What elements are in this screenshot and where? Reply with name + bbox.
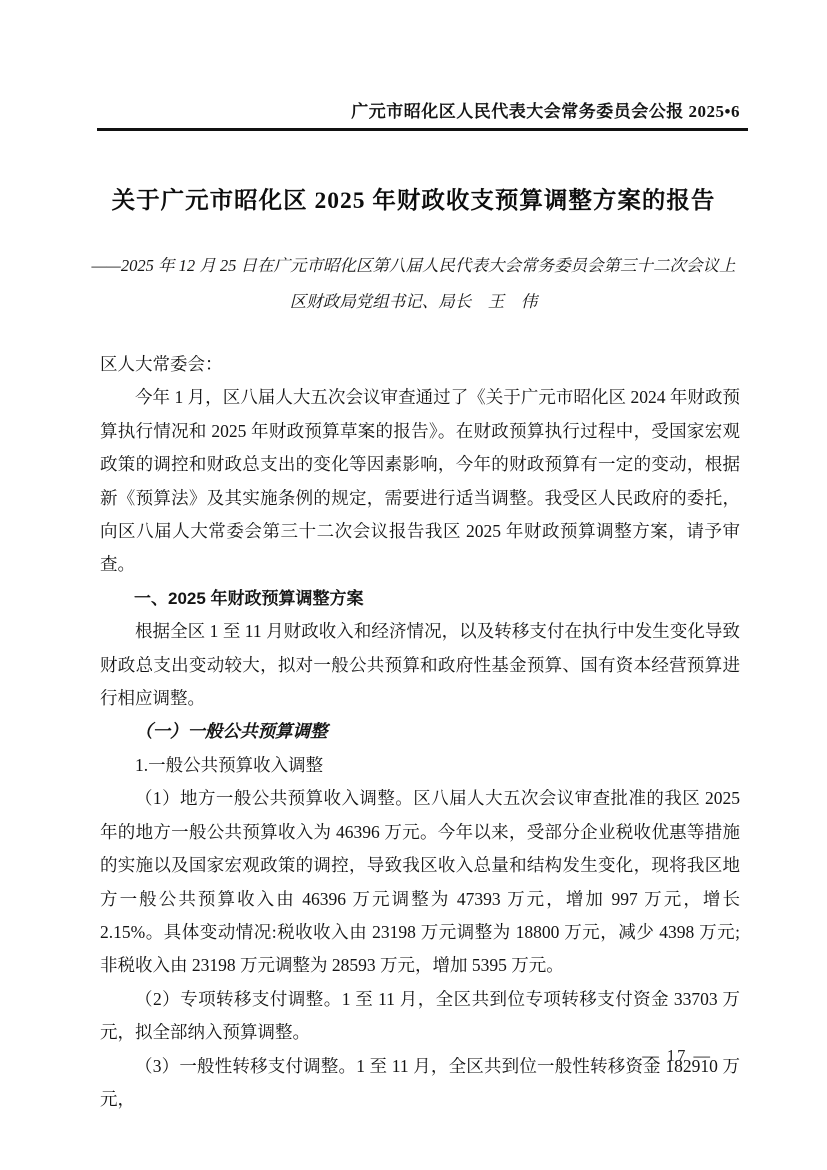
section-heading-1: 一、2025 年财政预算调整方案 bbox=[100, 582, 740, 615]
running-header: 广元市昭化区人民代表大会常务委员会公报 2025•6 bbox=[100, 97, 740, 122]
document-title: 关于广元市昭化区 2025 年财政收支预算调整方案的报告 bbox=[40, 181, 787, 215]
paragraph-item-1-local-revenue: （1）地方一般公共预算收入调整。区八届人大五次会议审查批准的我区 2025 年的… bbox=[100, 782, 740, 982]
document-page: 广元市昭化区人民代表大会常务委员会公报 2025•6 关于广元市昭化区 2025… bbox=[0, 0, 827, 1170]
salutation: 区人大常委会： bbox=[100, 348, 740, 381]
page-number: — 17 — bbox=[100, 1046, 712, 1066]
paragraph-intro: 今年 1 月，区八届人大五次会议审查通过了《关于广元市昭化区 2024 年财政预… bbox=[100, 381, 740, 581]
subsection-heading-general-budget: （一）一般公共预算调整 bbox=[100, 715, 740, 748]
paragraph-item-2-special-transfer: （2）专项转移支付调整。1 至 11 月，全区共到位专项转移支付资金 33703… bbox=[100, 983, 740, 1050]
document-body: 区人大常委会： 今年 1 月，区八届人大五次会议审查通过了《关于广元市昭化区 2… bbox=[100, 348, 740, 1116]
paragraph-section-overview: 根据全区 1 至 11 月财政收入和经济情况，以及转移支付在执行中发生变化导致财… bbox=[100, 615, 740, 715]
subtitle-meeting-line: ——2025 年 12 月 25 日在广元市昭化区第八届人民代表大会常务委员会第… bbox=[40, 252, 787, 276]
paragraph-revenue-adjustment-heading: 1.一般公共预算收入调整 bbox=[100, 749, 740, 782]
subtitle-speaker-line: 区财政局党组书记、局长 王 伟 bbox=[40, 288, 787, 312]
header-rule bbox=[97, 128, 748, 131]
